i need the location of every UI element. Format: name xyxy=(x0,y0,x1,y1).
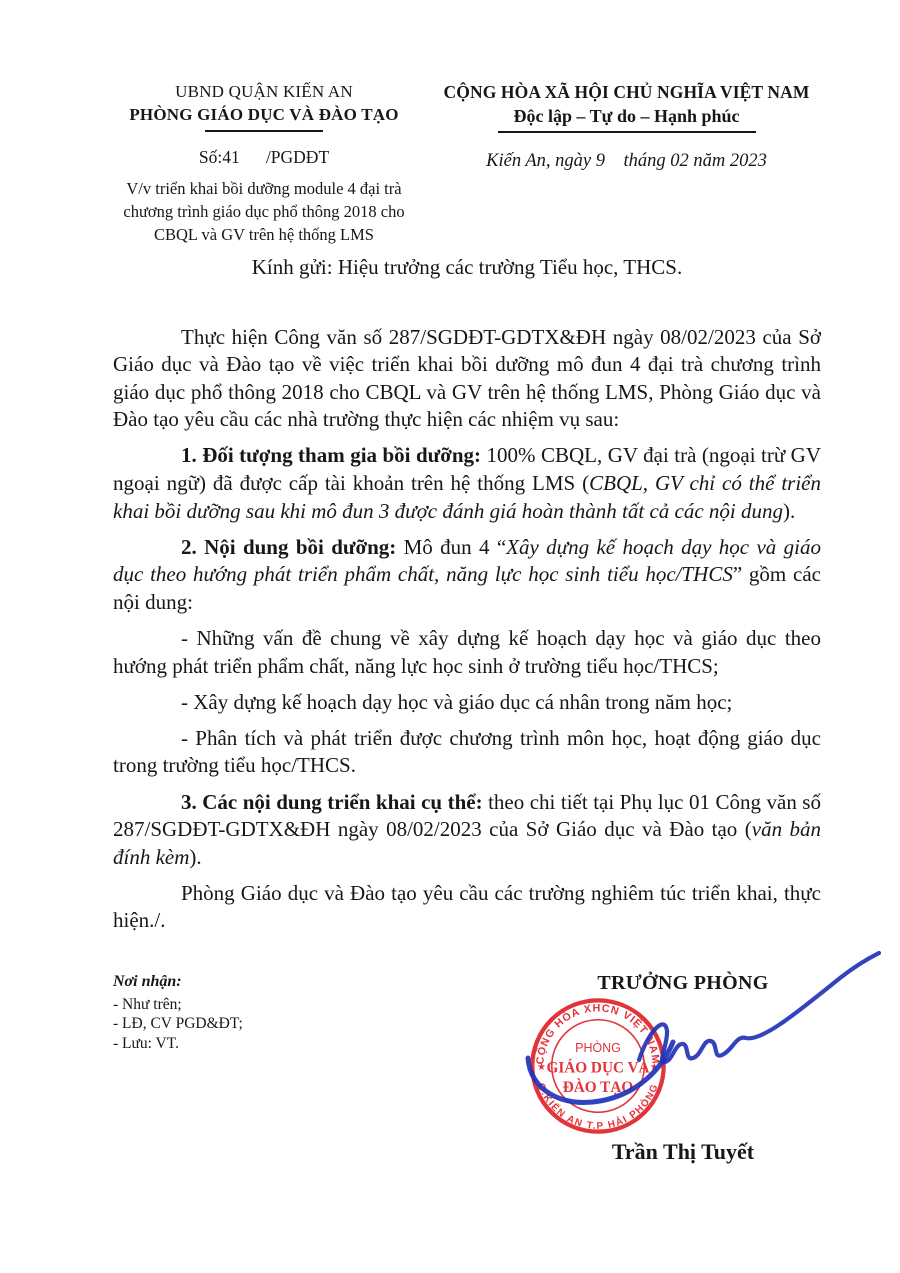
bullet-1-text: - Những vấn đề chung về xây dựng kế hoạc… xyxy=(113,626,821,678)
recipients-block: Nơi nhận: - Như trên; - LĐ, CV PGD&ĐT; -… xyxy=(113,972,243,1053)
agency-name: PHÒNG GIÁO DỤC VÀ ĐÀO TẠO xyxy=(105,105,423,125)
national-header-block: CỘNG HÒA XÃ HỘI CHỦ NGHĨA VIỆT NAM Độc l… xyxy=(428,82,825,172)
recipient-item: - Như trên; xyxy=(113,995,243,1015)
intro-text: Thực hiện Công văn số 287/SGDĐT-GDTX&ĐH … xyxy=(113,325,821,432)
signature-stroke-loop xyxy=(528,1042,673,1103)
bullet-3-text: - Phân tích và phát triển được chương tr… xyxy=(113,726,821,778)
place-and-date: Kiến An, ngày 9 tháng 02 năm 2023 xyxy=(428,151,825,172)
section-2-heading: 2. Nội dung bồi dưỡng: xyxy=(181,535,396,559)
paragraph-closing: Phòng Giáo dục và Đào tạo yêu cầu các tr… xyxy=(113,880,821,935)
agency-underline xyxy=(205,130,323,132)
motto-underline xyxy=(498,131,756,133)
national-motto: Độc lập – Tự do – Hạnh phúc xyxy=(428,106,825,127)
bullet-item: - Phân tích và phát triển được chương tr… xyxy=(113,725,821,780)
handwritten-signature xyxy=(498,948,890,1144)
bullet-2-text: - Xây dựng kế hoạch dạy học và giáo dục … xyxy=(181,690,732,714)
paragraph-section-1: 1. Đối tượng tham gia bồi dưỡng: 100% CB… xyxy=(113,442,821,525)
paragraph-section-2: 2. Nội dung bồi dưỡng: Mô đun 4 “Xây dựn… xyxy=(113,534,821,617)
parent-agency: UBND QUẬN KIẾN AN xyxy=(105,82,423,102)
national-title: CỘNG HÒA XÃ HỘI CHỦ NGHĨA VIỆT NAM xyxy=(428,82,825,103)
recipient-item: - LĐ, CV PGD&ĐT; xyxy=(113,1014,243,1034)
recipient-item: - Lưu: VT. xyxy=(113,1034,243,1054)
salutation: Kính gửi: Hiệu trưởng các trường Tiểu họ… xyxy=(113,254,821,282)
section-1-heading: 1. Đối tượng tham gia bồi dưỡng: xyxy=(181,443,481,467)
signature-ink xyxy=(498,948,890,1144)
section-2-text: Mô đun 4 “ xyxy=(396,535,506,559)
section-3-text-end: ). xyxy=(189,845,201,869)
signature-stroke-name xyxy=(639,953,879,1062)
section-1-text-end: ). xyxy=(783,499,795,523)
document-subject: V/v triển khai bồi dưỡng module 4 đại tr… xyxy=(105,177,423,246)
official-document-page: UBND QUẬN KIẾN AN PHÒNG GIÁO DỤC VÀ ĐÀO … xyxy=(0,0,900,1273)
recipients-title: Nơi nhận: xyxy=(113,972,243,992)
closing-text: Phòng Giáo dục và Đào tạo yêu cầu các tr… xyxy=(113,881,821,933)
bullet-item: - Xây dựng kế hoạch dạy học và giáo dục … xyxy=(113,689,821,717)
section-3-heading: 3. Các nội dung triển khai cụ thể: xyxy=(181,790,483,814)
bullet-item: - Những vấn đề chung về xây dựng kế hoạc… xyxy=(113,625,821,680)
paragraph-section-3: 3. Các nội dung triển khai cụ thể: theo … xyxy=(113,789,821,872)
paragraph-intro: Thực hiện Công văn số 287/SGDĐT-GDTX&ĐH … xyxy=(113,324,821,434)
document-body: Kính gửi: Hiệu trưởng các trường Tiểu họ… xyxy=(113,254,821,943)
document-number: Số:41 /PGDĐT xyxy=(105,147,423,168)
signer-name: Trần Thị Tuyết xyxy=(520,1139,846,1165)
issuing-agency-block: UBND QUẬN KIẾN AN PHÒNG GIÁO DỤC VÀ ĐÀO … xyxy=(105,82,423,246)
